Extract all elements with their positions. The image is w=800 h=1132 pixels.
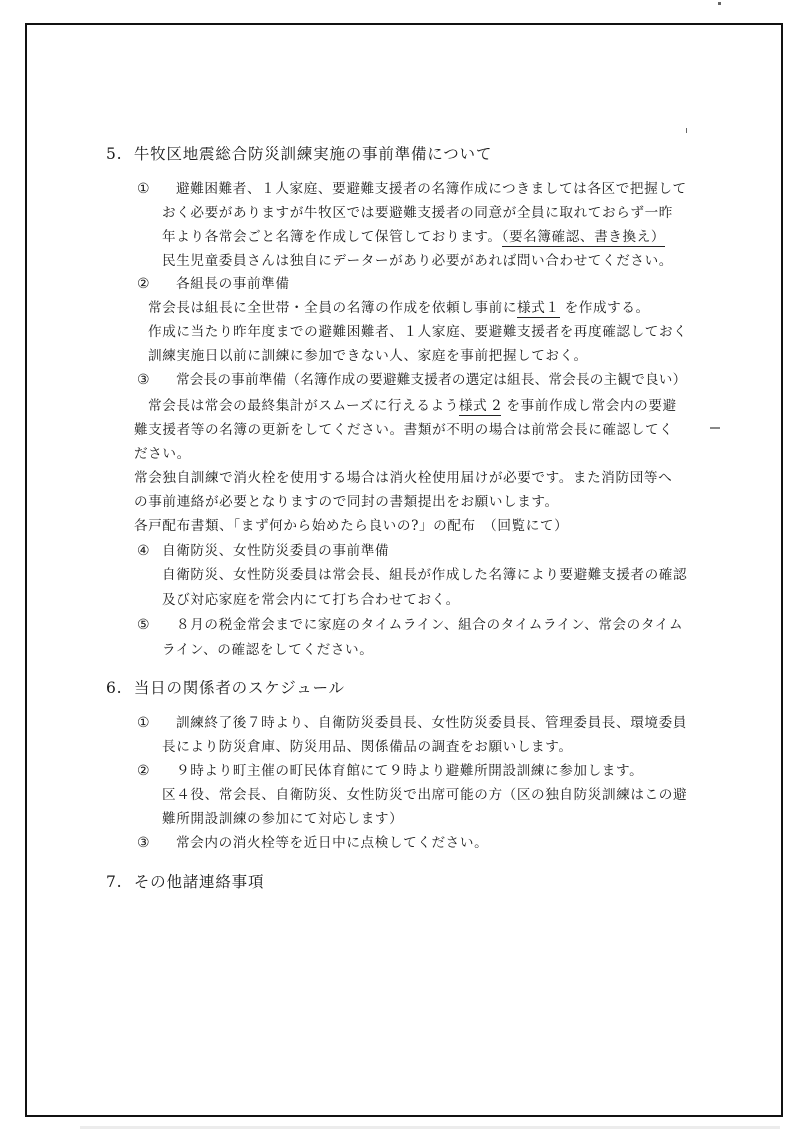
- item-text: 作成に当たり昨年度までの避難困難者、１人家庭、要避難支援者を再度確認しておく: [148, 323, 687, 341]
- item-text: 常会長は組長に全世帯・全員の名簿の作成を依頼し事前に様式１ を作成する。: [148, 299, 650, 317]
- form-reference: 様式１: [517, 300, 560, 318]
- section-heading: 7. その他諸連絡事項: [106, 873, 264, 891]
- item-marker: ①: [137, 714, 150, 732]
- item-text: 自衛防災、女性防災委員は常会長、組長が作成した名簿により要避難支援者の確認: [162, 566, 687, 584]
- form-reference: 様式 2: [459, 398, 502, 416]
- item-text: 訓練実施日以前に訓練に参加できない人、家庭を事前把握しておく。: [148, 347, 588, 365]
- underlined-note: （要名簿確認、書き換え）: [502, 229, 666, 247]
- item-text: ９時より町主催の町民体育館にて９時より避難所開設訓練に参加します。: [176, 762, 643, 780]
- text-span: を作成する。: [565, 300, 650, 316]
- section-title: 牛牧区地震総合防災訓練実施の事前準備について: [134, 145, 492, 163]
- item-title: 自衛防災、女性防災委員の事前準備: [162, 542, 389, 560]
- item-text: 各戸配布書類、「まず何から始めたら良いの?」の配布 （回覧にて）: [134, 517, 568, 535]
- section-title: その他諸連絡事項: [134, 873, 264, 891]
- item-title: 各組長の事前準備: [176, 275, 290, 293]
- item-text: ８月の税金常会までに家庭のタイムライン、組合のタイムライン、常会のタイム: [176, 616, 683, 634]
- text-span: 常会長は常会の最終集計がスムーズに行えるよう: [148, 398, 459, 414]
- section-heading: 6. 当日の関係者のスケジュール: [106, 679, 345, 697]
- item-text: 長により防災倉庫、防災用品、関係備品の調査をお願いします。: [162, 738, 573, 756]
- scan-speck: [710, 427, 720, 429]
- item-text: 難支援者等の名簿の更新をしてください。書類が不明の場合は前常会長に確認してく: [134, 421, 673, 439]
- item-marker: ④: [137, 542, 150, 560]
- item-text: 常会内の消火栓等を近日中に点検してください。: [176, 834, 488, 852]
- scan-speck: [686, 128, 687, 133]
- item-text: 区４役、常会長、自衛防災、女性防災で出席可能の方（区の独自防災訓練はこの避: [162, 786, 687, 804]
- item-marker: ②: [137, 275, 150, 293]
- item-marker: ①: [137, 180, 150, 198]
- item-text: 訓練終了後７時より、自衛防災委員長、女性防災委員長、管理委員長、環境委員: [176, 714, 687, 732]
- text-span: を事前作成し常会内の要避: [506, 398, 676, 414]
- item-title: 常会長の事前準備（名簿作成の要避難支援者の選定は組長、常会長の主観で良い）: [176, 371, 686, 389]
- item-text: 民生児童委員さんは独自にデーターがあり必要があれば問い合わせてください。: [162, 252, 673, 270]
- section-heading: 5. 牛牧区地震総合防災訓練実施の事前準備について: [106, 145, 492, 163]
- item-text: 及び対応家庭を常会内にて打ち合わせておく。: [162, 591, 460, 609]
- item-text: の事前連絡が必要となりますので同封の書類提出をお願いします。: [134, 493, 559, 511]
- item-marker: ②: [137, 762, 150, 780]
- scan-speck: [718, 2, 721, 5]
- text-span: 年より各常会ごと名簿を作成して保管しております。: [162, 229, 502, 245]
- scan-shadow: [80, 1126, 780, 1129]
- item-marker: ③: [137, 371, 150, 389]
- item-marker: ⑤: [137, 616, 150, 634]
- item-text: ださい。: [134, 445, 191, 463]
- item-text: 常会独自訓練で消火栓を使用する場合は消火栓使用届けが必要です。また消防団等へ: [134, 469, 672, 487]
- item-text: 避難困難者、１人家庭、要避難支援者の名簿作成につきましては各区で把握して: [176, 180, 687, 198]
- text-span: 常会長は組長に全世帯・全員の名簿の作成を依頼し事前に: [148, 300, 517, 316]
- section-number: 6.: [106, 679, 122, 697]
- section-number: 5.: [106, 145, 122, 163]
- item-text: 常会長は常会の最終集計がスムーズに行えるよう様式 2 を事前作成し常会内の要避: [148, 397, 677, 415]
- item-marker: ③: [137, 834, 150, 852]
- item-text: ライン、の確認をしてください。: [162, 641, 373, 659]
- section-title: 当日の関係者のスケジュール: [134, 679, 345, 697]
- section-number: 7.: [106, 873, 122, 891]
- item-text: おく必要がありますが牛牧区では要避難支援者の同意が全員に取れておらず一昨: [162, 204, 673, 222]
- item-text: 難所開設訓練の参加にて対応します）: [162, 810, 403, 828]
- item-text: 年より各常会ごと名簿を作成して保管しております。（要名簿確認、書き換え）: [162, 228, 665, 246]
